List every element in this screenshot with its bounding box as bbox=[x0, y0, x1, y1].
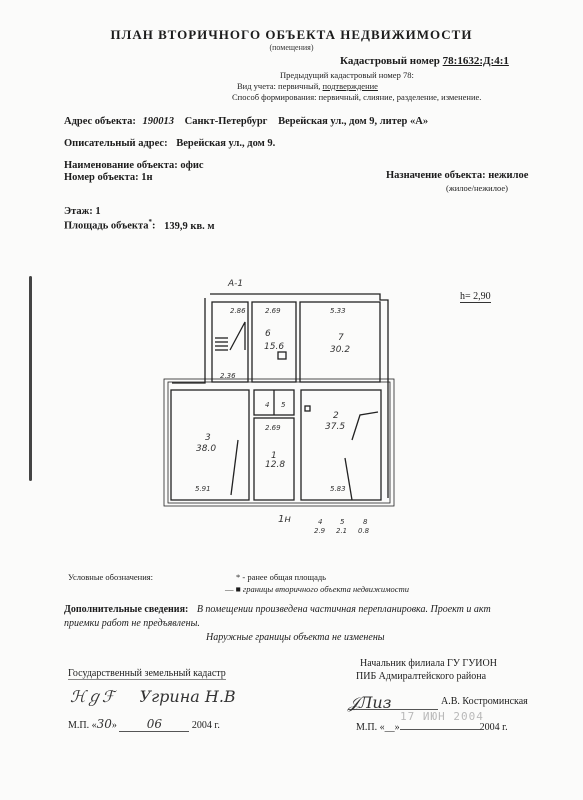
svg-text:3: 3 bbox=[205, 433, 211, 443]
legend-item-boundaries: — ■ границы вторичного объекта недвижимо… bbox=[225, 584, 409, 594]
svg-text:6: 6 bbox=[265, 329, 271, 339]
svg-text:5.83: 5.83 bbox=[330, 485, 346, 493]
svg-text:7: 7 bbox=[338, 333, 344, 343]
left-date: М.П. «30» 06 2004 г. bbox=[68, 717, 220, 732]
additional-info-cont: приемки работ не предъявлены. bbox=[64, 618, 200, 629]
svg-text:12.8: 12.8 bbox=[265, 460, 285, 470]
svg-text:5.91: 5.91 bbox=[195, 485, 211, 493]
svg-text:2.69: 2.69 bbox=[265, 307, 281, 315]
svg-text:0.8: 0.8 bbox=[358, 527, 370, 535]
right-org-1: Начальник филиала ГУ ГУИОН bbox=[360, 658, 497, 669]
svg-text:15.6: 15.6 bbox=[264, 342, 284, 352]
ceiling-height: h= 2,90 bbox=[460, 291, 491, 303]
svg-text:2.9: 2.9 bbox=[314, 527, 326, 535]
svg-text:5: 5 bbox=[340, 518, 345, 526]
right-date: М.П. «__»2004 г. bbox=[356, 722, 508, 733]
legend-item-previous-area: * - ранее общая площадь bbox=[236, 572, 326, 582]
left-org: Государственный земельный кадастр bbox=[68, 668, 226, 680]
svg-text:5: 5 bbox=[281, 401, 286, 409]
svg-text:5.33: 5.33 bbox=[330, 307, 346, 315]
right-signature: 𝒥Лиз bbox=[348, 693, 438, 710]
right-org-2: ПИБ Адмиралтейского района bbox=[356, 671, 486, 682]
svg-text:2.69: 2.69 bbox=[265, 424, 281, 432]
svg-text:А-1: А-1 bbox=[227, 279, 243, 289]
svg-text:2: 2 bbox=[333, 411, 339, 421]
svg-text:4: 4 bbox=[318, 518, 322, 526]
svg-text:30.2: 30.2 bbox=[330, 345, 350, 355]
svg-text:2.36: 2.36 bbox=[220, 372, 236, 380]
svg-text:4: 4 bbox=[265, 401, 269, 409]
svg-text:1н: 1н bbox=[278, 514, 291, 525]
svg-text:2.86: 2.86 bbox=[230, 307, 246, 315]
svg-text:37.5: 37.5 bbox=[325, 422, 345, 432]
left-signature: ℋℊℱ Угрина Н.В bbox=[70, 684, 236, 707]
floor-plan: А-1 2.86 2.69 5.33 2.36 2.69 5.91 5.83 6… bbox=[0, 0, 583, 800]
svg-text:38.0: 38.0 bbox=[196, 444, 216, 454]
legend-label: Условные обозначения: bbox=[68, 572, 153, 582]
additional-info: Дополнительные сведения: В помещении про… bbox=[64, 604, 491, 615]
right-name: А.В. Костроминская bbox=[441, 696, 528, 707]
outer-boundaries-note: Наружные границы объекта не изменены bbox=[206, 632, 385, 643]
svg-text:2.1: 2.1 bbox=[336, 527, 347, 535]
svg-text:8: 8 bbox=[363, 518, 368, 526]
